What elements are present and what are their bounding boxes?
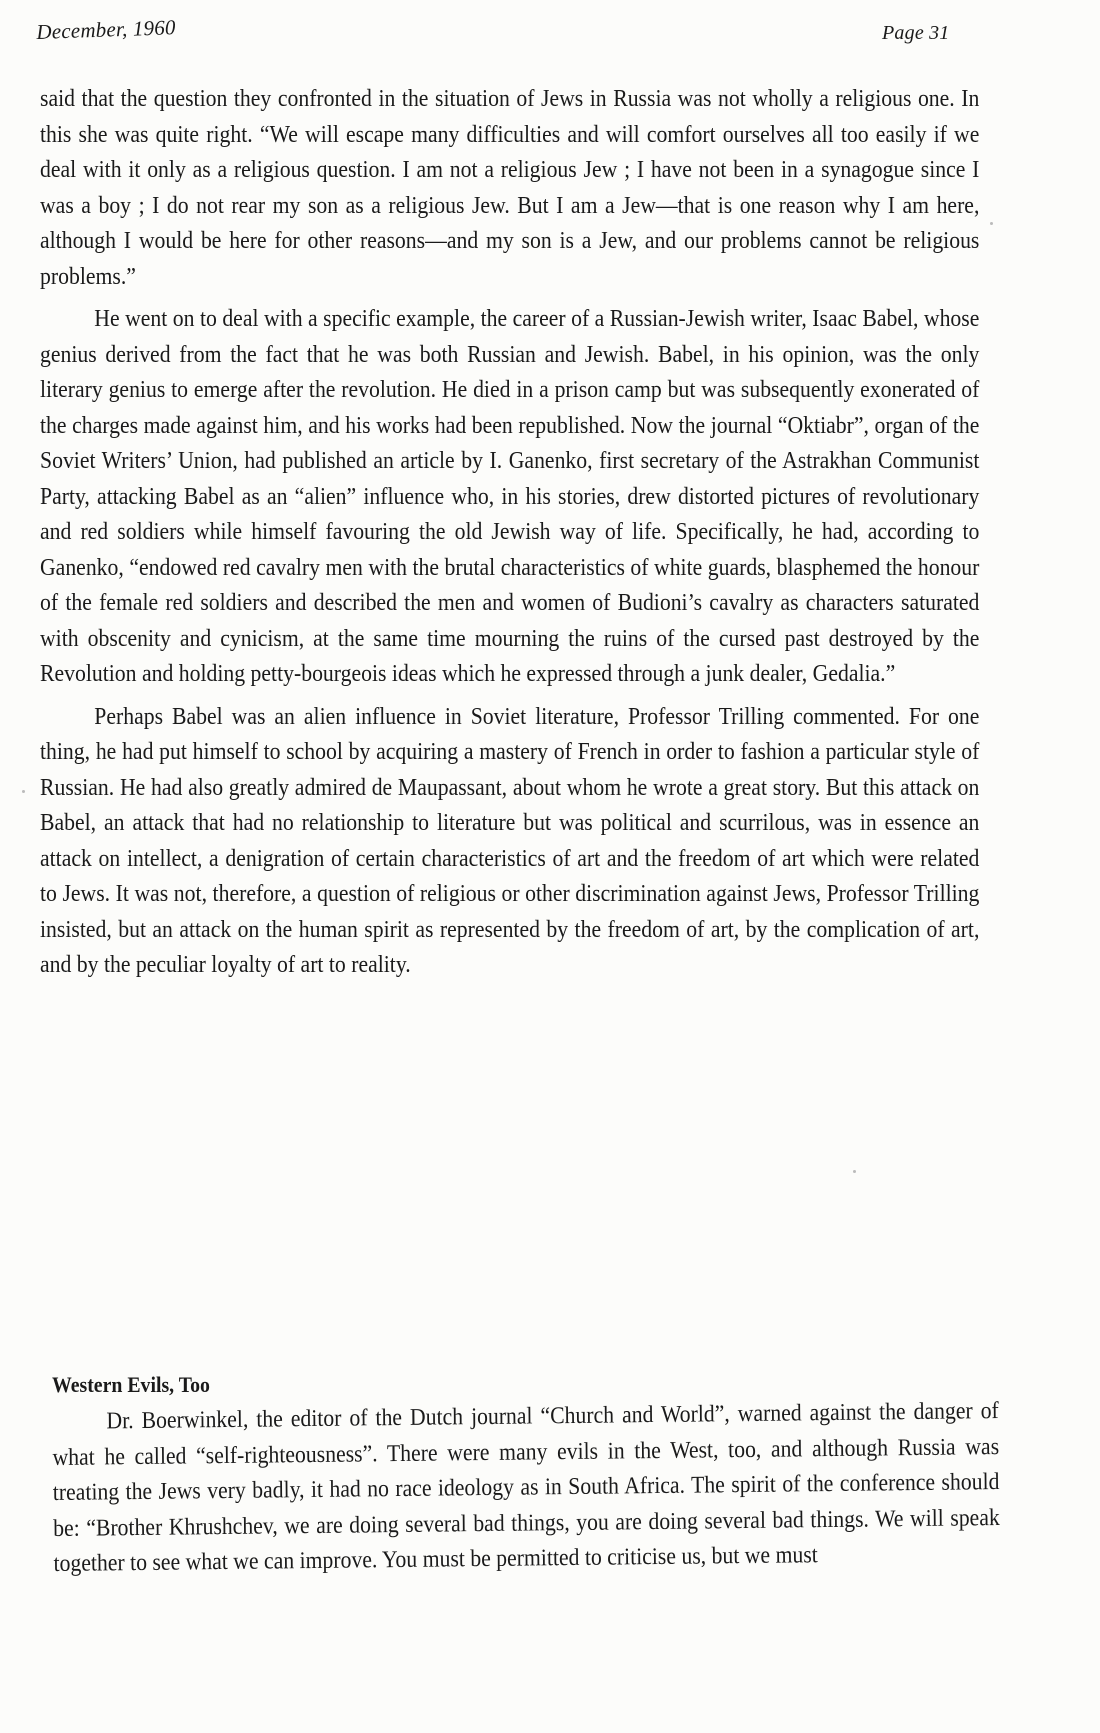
- section-heading: Western Evils, Too: [52, 1372, 210, 1398]
- paragraph-babel: He went on to deal with a specific examp…: [40, 302, 979, 693]
- scan-speck: [853, 1170, 856, 1173]
- page-number: Page 31: [882, 22, 950, 45]
- scan-speck: [990, 222, 993, 225]
- paragraph-boerwinkel: Dr. Boerwinkel, the editor of the Dutch …: [52, 1394, 1000, 1582]
- running-header-date: December, 1960: [36, 15, 176, 45]
- scanned-page: December, 1960 Page 31 said that the que…: [0, 0, 1100, 1733]
- section-body: Dr. Boerwinkel, the editor of the Dutch …: [52, 1394, 1000, 1582]
- article-body: said that the question they confronted i…: [40, 82, 979, 984]
- paragraph-continuation: said that the question they confronted i…: [40, 82, 979, 295]
- scan-speck: [22, 790, 25, 793]
- paragraph-trilling: Perhaps Babel was an alien influence in …: [40, 700, 979, 984]
